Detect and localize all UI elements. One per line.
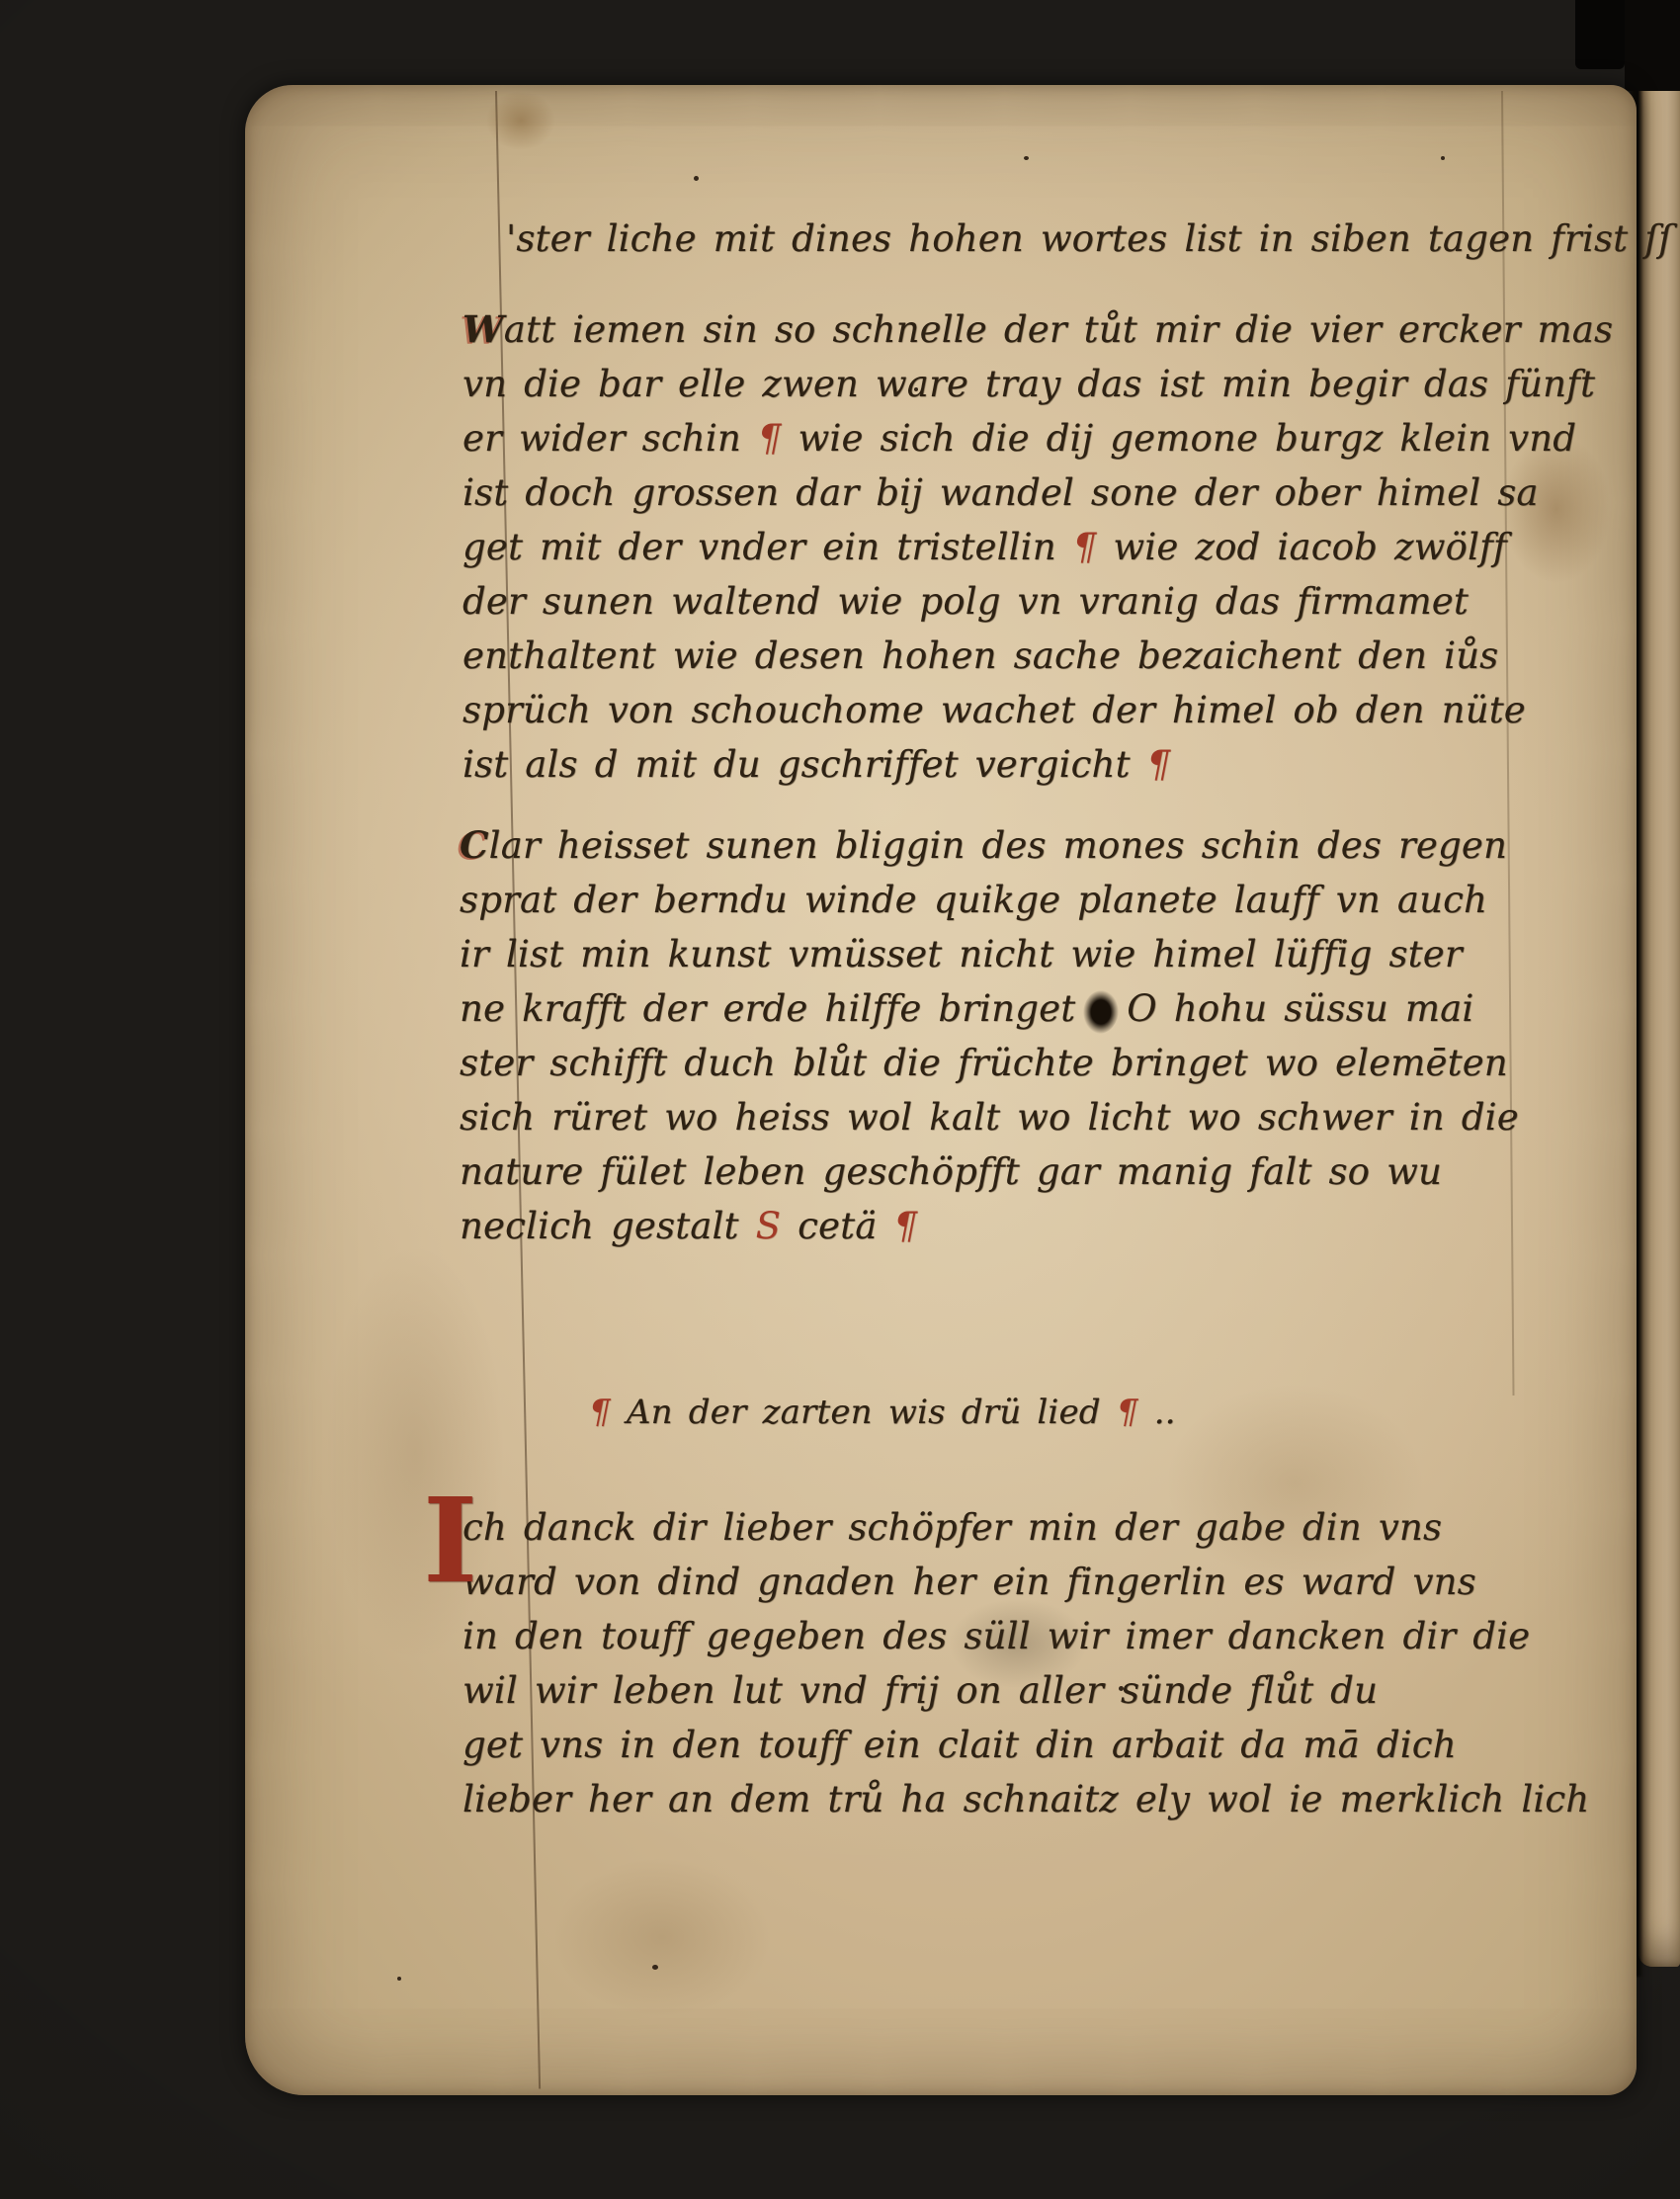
- manuscript-line: Watt iemen sin so schnelle der tůt mir d…: [462, 302, 1613, 357]
- text-segment: enthaltent wie desen hohen sache bezaich…: [462, 634, 1498, 677]
- manuscript-line: in den touff gegeben des süll wir imer d…: [462, 1609, 1589, 1663]
- text-segment: in den touff gegeben des süll wir imer d…: [462, 1615, 1530, 1657]
- text-segment: neclich gestalt: [460, 1205, 756, 1247]
- ink-speck: [694, 176, 699, 181]
- text-segment: ch danck dir lieber schöpfer min der gab…: [462, 1506, 1442, 1549]
- manuscript-line: get mit der vnder ein tristellin ¶ wie z…: [462, 520, 1613, 574]
- text-segment: ster schifft duch blůt die früchte bring…: [460, 1042, 1508, 1084]
- adjacent-page-edge: [1638, 59, 1680, 1967]
- text-segment: sprüch von schouchome wachet der himel o…: [462, 689, 1526, 731]
- text-segment: cetä: [781, 1205, 893, 1247]
- ink-speck: [652, 1965, 658, 1970]
- text-segment: ne krafft der erde hilffe bringet: [460, 987, 1075, 1030]
- ink-speck: [1441, 156, 1445, 160]
- text-segment: W: [462, 307, 504, 351]
- binding-tab: [1575, 0, 1625, 69]
- text-segment: er wider schin: [462, 417, 758, 460]
- text-segment: der sunen waltend wie polg vn vranig das…: [462, 580, 1469, 623]
- stanza-2-block: Clar heisset sunen bliggin des mones sch…: [460, 818, 1519, 1253]
- rubric-mark: ¶: [1117, 1393, 1138, 1432]
- manuscript-line: ir list min kunst vmüsset nicht wie hime…: [460, 927, 1519, 981]
- photograph-background: { "colors": { "background": "#1d1b18", "…: [0, 0, 1680, 2199]
- text-segment: ward von dind gnaden her ein fingerlin e…: [462, 1561, 1476, 1603]
- ink-speck: [1024, 156, 1029, 160]
- manuscript-line: er wider schin ¶ wie sich die dij gemone…: [462, 411, 1613, 465]
- manuscript-line: ist doch grossen dar bij wandel sone der…: [462, 465, 1613, 520]
- manuscript-line: neclich gestalt S cetä ¶: [460, 1199, 1519, 1253]
- manuscript-line: lieber her an dem trů ha schnaitz ely wo…: [462, 1772, 1589, 1826]
- text-segment: sprat der berndu winde quikge planete la…: [460, 879, 1487, 921]
- manuscript-line: ward von dind gnaden her ein fingerlin e…: [462, 1555, 1589, 1609]
- manuscript-line: sprüch von schouchome wachet der himel o…: [462, 683, 1613, 737]
- manuscript-line: 'ster liche mit dines hohen wortes list …: [506, 211, 1672, 266]
- manuscript-line: get vns in den touff ein clait din arbai…: [462, 1718, 1589, 1772]
- manuscript-line: enthaltent wie desen hohen sache bezaich…: [462, 629, 1613, 683]
- rubric-mark: ¶: [893, 1205, 917, 1247]
- text-segment: ist als d mit du gschriffet vergicht: [462, 743, 1147, 786]
- manuscript-line: ist als d mit du gschriffet vergicht ¶: [462, 737, 1613, 792]
- ink-speck: [397, 1977, 401, 1981]
- text-segment: get mit der vnder ein tristellin: [462, 526, 1073, 568]
- rubric-mark: S: [756, 1205, 782, 1247]
- rubric-mark: ¶: [1147, 743, 1171, 786]
- opening-line-block: 'ster liche mit dines hohen wortes list …: [506, 211, 1672, 266]
- text-segment: sich rüret wo heiss wol kalt wo licht wo…: [460, 1096, 1519, 1139]
- manuscript-line: sprat der berndu winde quikge planete la…: [460, 873, 1519, 927]
- manuscript-line: ¶ An der zarten wis drü lied ¶ ..: [589, 1386, 1176, 1440]
- manuscript-line: vn die bar elle zwen ware tray das ist m…: [462, 357, 1613, 411]
- manuscript-line: wil wir leben lut vnd frij on aller sünd…: [462, 1663, 1589, 1718]
- text-segment: wil wir leben lut vnd frij on aller sünd…: [462, 1669, 1378, 1712]
- text-segment: wie zod iacob zwölff: [1096, 526, 1506, 568]
- text-segment: vn die bar elle zwen ware tray das ist m…: [462, 363, 1595, 405]
- rubric-mark: ¶: [758, 417, 782, 460]
- ink-blot: [1083, 990, 1119, 1034]
- text-segment: get vns in den touff ein clait din arbai…: [462, 1724, 1457, 1766]
- manuscript-line: nature fület leben geschöpfft gar manig …: [460, 1144, 1519, 1199]
- text-segment: wie sich die dij gemone burgz klein vnd: [782, 417, 1577, 460]
- stanza-1-block: Watt iemen sin so schnelle der tůt mir d…: [462, 302, 1613, 792]
- manuscript-line: Clar heisset sunen bliggin des mones sch…: [460, 818, 1519, 873]
- manuscript-line: ch danck dir lieber schöpfer min der gab…: [462, 1500, 1589, 1555]
- manuscript-line: ster schifft duch blůt die früchte bring…: [460, 1036, 1519, 1090]
- rubric-mark: ¶: [589, 1393, 611, 1432]
- rubric-mark: ¶: [1073, 526, 1097, 568]
- section-heading: ¶ An der zarten wis drü lied ¶ ..: [589, 1386, 1176, 1440]
- text-segment: att iemen sin so schnelle der tůt mir di…: [504, 308, 1613, 351]
- text-segment: nature fület leben geschöpfft gar manig …: [460, 1150, 1442, 1193]
- text-segment: ist doch grossen dar bij wandel sone der…: [462, 471, 1539, 514]
- manuscript-line: der sunen waltend wie polg vn vranig das…: [462, 574, 1613, 629]
- text-segment: An der zarten wis drü lied: [611, 1393, 1117, 1432]
- text-segment: O hohu süssu mai: [1127, 987, 1473, 1030]
- rubricated-initial: I: [423, 1482, 477, 1599]
- manuscript-line: sich rüret wo heiss wol kalt wo licht wo…: [460, 1090, 1519, 1144]
- binding-shadow: [1625, 0, 1680, 91]
- text-segment: ..: [1138, 1393, 1176, 1432]
- text-segment: lieber her an dem trů ha schnaitz ely wo…: [462, 1778, 1589, 1820]
- stanza-3-block: ch danck dir lieber schöpfer min der gab…: [462, 1500, 1589, 1826]
- text-segment: ir list min kunst vmüsset nicht wie hime…: [460, 933, 1463, 975]
- text-segment: C: [460, 823, 489, 867]
- manuscript-line: ne krafft der erde hilffe bringetO hohu …: [460, 981, 1519, 1036]
- text-segment: 'ster liche mit dines hohen wortes list …: [506, 217, 1672, 260]
- text-segment: lar heisset sunen bliggin des mones schi…: [489, 824, 1507, 867]
